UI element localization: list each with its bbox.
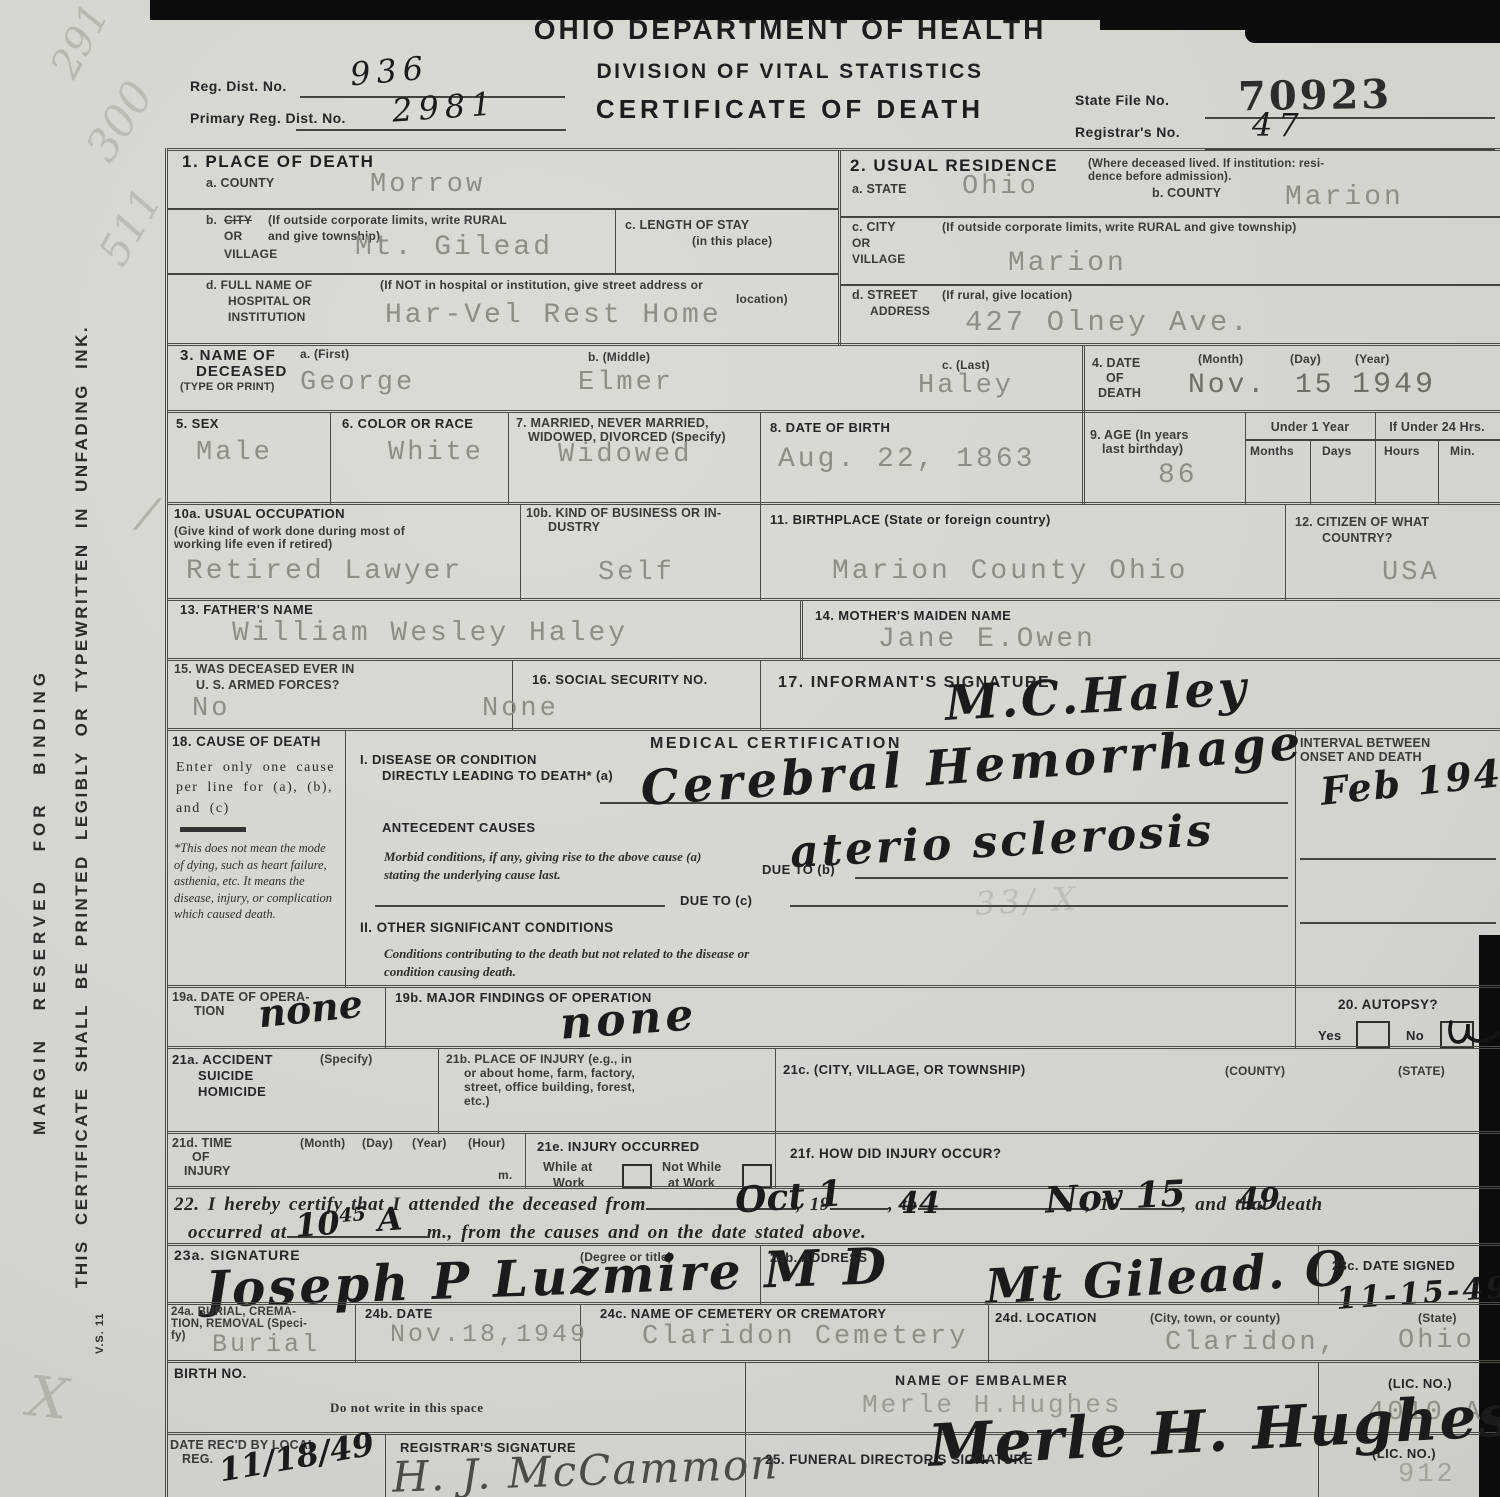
burial-label-3: fy) (171, 1330, 186, 1342)
city-village-label: VILLAGE (224, 247, 277, 261)
date-signed-label: 23c. DATE SIGNED (1332, 1258, 1455, 1273)
business-value: Self (598, 558, 675, 588)
county-value: Morrow (370, 170, 485, 200)
autopsy-label: 20. AUTOPSY? (1338, 997, 1438, 1012)
divider (775, 1049, 776, 1134)
state-file-line (1205, 117, 1495, 119)
residence-county-value: Marion (1285, 182, 1404, 213)
street-label-2: ADDRESS (870, 304, 930, 318)
first-name-label: a. (First) (300, 347, 349, 361)
accident-label-3: HOMICIDE (198, 1084, 266, 1099)
divider (800, 601, 803, 661)
interval-label-1: INTERVAL BETWEEN (1300, 736, 1430, 750)
occupation-note-1: (Give kind of work done during most of (174, 524, 405, 538)
embalmer-label: NAME OF EMBALMER (895, 1372, 1068, 1388)
name-title-1: 3. NAME OF (180, 347, 276, 364)
street-value: 427 Olney Ave. (965, 306, 1251, 339)
injury-county-label: (COUNTY) (1225, 1064, 1285, 1078)
cemetery-label: 24c. NAME OF CEMETERY OR CREMATORY (600, 1306, 886, 1321)
residence-note-2: dence before admission). (1088, 171, 1231, 183)
dod-label-2: OF (1106, 371, 1124, 385)
forces-label-2: U. S. ARMED FORCES? (196, 678, 340, 692)
cause-divider-bar (180, 827, 246, 832)
divider (385, 1435, 386, 1497)
dod-label-3: DEATH (1098, 386, 1141, 400)
divider (1285, 505, 1286, 601)
autopsy-yes-label: Yes (1318, 1028, 1342, 1043)
business-label-2: DUSTRY (548, 520, 600, 534)
age-hours-label: Hours (1384, 444, 1420, 458)
certify-time-hour: 10 (294, 1204, 341, 1245)
county-label: a. COUNTY (206, 176, 274, 190)
burial-location-city: Claridon, (1165, 1328, 1338, 1358)
morbid-note: Morbid conditions, if any, giving rise t… (384, 848, 719, 884)
cause-of-death-label: 18. CAUSE OF DEATH (172, 734, 321, 749)
dob-value: Aug. 22, 1863 (778, 444, 1035, 475)
dod-day-value: 15 (1295, 370, 1335, 401)
citizen-value: USA (1382, 558, 1440, 588)
accident-specify-label: (Specify) (320, 1052, 372, 1066)
name-title-3: (TYPE OR PRINT) (180, 381, 275, 393)
burial-date-label: 24b. DATE (365, 1306, 433, 1321)
injury-time-label-2: OF (192, 1150, 210, 1164)
race-value: White (388, 438, 484, 468)
last-name-value: Haley (918, 371, 1014, 401)
divider (760, 661, 761, 731)
certify-text-1: 22. I hereby certify that I attended the… (174, 1194, 646, 1215)
last-name-label: c. (Last) (942, 358, 990, 372)
burial-location-label: 24d. LOCATION (995, 1310, 1097, 1325)
header-titles: OHIO DEPARTMENT OF HEALTH DIVISION OF VI… (390, 14, 1190, 125)
burial-value: Burial (212, 1330, 320, 1359)
registrar-no-label: Registrar's No. (1075, 124, 1180, 140)
injury-time-label-1: 21d. TIME (172, 1136, 232, 1150)
father-value: William Wesley Haley (232, 618, 628, 649)
operation-findings-value: none (558, 989, 699, 1049)
residence-state-value: Ohio (962, 172, 1039, 202)
due-to-c-line (790, 905, 1288, 907)
mother-label: 14. MOTHER'S MAIDEN NAME (815, 608, 1011, 623)
injury-time-day-label: (Day) (362, 1136, 393, 1150)
age-days-label: Days (1322, 444, 1352, 458)
residence-city-value: Marion (1008, 248, 1127, 279)
certify-year1-value: 44 (898, 1186, 940, 1221)
occupation-label: 10a. USUAL OCCUPATION (174, 506, 345, 521)
injury-place-label-3: street, office building, forest, (464, 1080, 635, 1094)
birthplace-label: 11. BIRTHPLACE (State or foreign country… (770, 512, 1051, 527)
dod-day-label: (Day) (1290, 352, 1321, 366)
divider (1295, 988, 1296, 1049)
occupation-value: Retired Lawyer (186, 556, 463, 587)
burial-state-note: (State) (1418, 1311, 1457, 1325)
citizen-label-2: COUNTRY? (1322, 531, 1393, 545)
divider (525, 1134, 526, 1189)
accident-label-2: SUICIDE (198, 1068, 254, 1083)
forces-label-1: 15. WAS DECEASED EVER IN (174, 662, 355, 676)
primary-reg-line (296, 129, 566, 131)
death-certificate-scan: MARGIN RESERVED FOR BINDING THIS CERTIFI… (0, 0, 1500, 1497)
mother-value: Jane E.Owen (878, 624, 1096, 655)
due-to-b-line (855, 877, 1288, 879)
interval-line-2 (1300, 922, 1496, 924)
injury-time-m-label: m. (498, 1168, 512, 1182)
institution-value: Har-Vel Rest Home (385, 300, 722, 331)
race-label: 6. COLOR OR RACE (342, 416, 473, 431)
age-min-label: Min. (1450, 444, 1475, 458)
certify-text-6: occurred at (188, 1222, 287, 1243)
burial-location-note: (City, town, or county) (1150, 1311, 1280, 1325)
sex-label: 5. SEX (176, 416, 219, 431)
subline (168, 208, 838, 210)
burial-location-state: Ohio (1398, 1326, 1475, 1356)
certify-to-value: Nov 15 (1044, 1172, 1186, 1221)
divider (1310, 441, 1311, 505)
first-name-value: George (300, 368, 415, 398)
interval-line-1 (1300, 858, 1496, 860)
pencil-x-mark: X (25, 1364, 71, 1433)
dob-label: 8. DATE OF BIRTH (770, 420, 890, 435)
street-label-1: d. STREET (852, 288, 918, 302)
divider (508, 413, 509, 505)
due-to-c-label: DUE TO (c) (680, 893, 752, 908)
birthplace-value: Marion County Ohio (832, 556, 1188, 587)
city-value: Mt. Gilead (355, 232, 553, 263)
pencil-number-1: 291 (42, 0, 118, 86)
dod-label-1: 4. DATE (1092, 356, 1140, 370)
name-title-2: DECEASED (196, 363, 287, 380)
row-operation-autopsy (168, 985, 1500, 1046)
injury-place-label-4: etc.) (464, 1094, 490, 1108)
residence-city-note: (If outside corporate limits, write RURA… (942, 220, 1296, 234)
street-note: (If rural, give location) (942, 288, 1072, 302)
scan-top-corner (1245, 0, 1500, 43)
divider (345, 731, 346, 988)
divider (745, 1363, 746, 1435)
primary-reg-label: Primary Reg. Dist. No. (190, 110, 346, 126)
institution-note-2: location) (736, 292, 788, 306)
subline (1245, 439, 1500, 441)
middle-name-value: Elmer (578, 368, 674, 398)
pencil-number-2: 300 (76, 72, 164, 170)
divider (1438, 441, 1439, 505)
ssn-value: None (482, 694, 559, 724)
institution-label-3: INSTITUTION (228, 310, 306, 324)
injury-place-label-1: 21b. PLACE OF INJURY (e.g., in (446, 1052, 632, 1066)
margin-vs-label: V.S. 11 (94, 1313, 106, 1354)
injury-location-label: 21c. (CITY, VILLAGE, OR TOWNSHIP) (783, 1062, 1026, 1077)
pencil-number-3: 511 (89, 180, 172, 274)
length-of-stay-label: c. LENGTH OF STAY (625, 218, 749, 232)
dept-title: OHIO DEPARTMENT OF HEALTH (390, 14, 1190, 46)
dod-month-label: (Month) (1198, 352, 1243, 366)
city-note-1: (If outside corporate limits, write RURA… (268, 213, 507, 227)
certify-time-min: 45 (338, 1202, 366, 1227)
injury-time-month-label: (Month) (300, 1136, 345, 1150)
subline (840, 216, 1500, 218)
city-b-label: b. (206, 213, 217, 227)
under-24-hrs-label: If Under 24 Hrs. (1376, 420, 1498, 434)
marital-value: Widowed (558, 440, 692, 470)
dod-year-label: (Year) (1355, 352, 1390, 366)
residence-city-label: c. CITY (852, 220, 896, 234)
margin-binding-text: MARGIN RESERVED FOR BINDING (30, 668, 50, 1135)
age-value: 86 (1158, 460, 1198, 491)
length-of-stay-note: (in this place) (692, 234, 772, 248)
divider (330, 413, 331, 505)
marital-label-1: 7. MARRIED, NEVER MARRIED, (516, 416, 709, 430)
subline (168, 273, 838, 275)
residence-or-label: OR (852, 236, 870, 250)
date-recd-label-2: REG. (182, 1452, 213, 1466)
certify-year2-value: 49 (1238, 1182, 1280, 1217)
sex-value: Male (196, 438, 273, 468)
injury-time-label-3: INJURY (184, 1164, 231, 1178)
disease-label-2: DIRECTLY LEADING TO DEATH* (a) (382, 768, 613, 783)
address-label: 23b. ADDRESS (770, 1250, 868, 1265)
city-or-label: OR (224, 229, 242, 243)
do-not-write-label: Do not write in this space (330, 1400, 483, 1416)
divider (438, 1049, 439, 1134)
dod-year-value: 1949 (1352, 368, 1436, 402)
institution-note-1: (If NOT in hospital or institution, give… (380, 278, 703, 292)
due-to-c-preline (375, 905, 665, 907)
certify-time-ampm: A (376, 1199, 403, 1239)
birth-no-label: BIRTH NO. (174, 1366, 247, 1381)
city-struck-label: CITY (224, 213, 252, 227)
burial-label-1: 24a. BURIAL, CREMA- (171, 1306, 296, 1318)
business-label-1: 10b. KIND OF BUSINESS OR IN- (526, 506, 721, 520)
middle-name-label: b. (Middle) (588, 350, 650, 364)
other-conditions-label: II. OTHER SIGNIFICANT CONDITIONS (360, 920, 614, 935)
injury-place-label-2: or about home, farm, factory, (464, 1066, 635, 1080)
residence-village-label: VILLAGE (852, 252, 905, 266)
residence-county-label: b. COUNTY (1152, 186, 1221, 200)
funeral-lic-value: 912 (1398, 1460, 1456, 1490)
how-injury-occur-label: 21f. HOW DID INJURY OCCUR? (790, 1146, 1001, 1161)
certify-time-value: 1045 A (294, 1199, 404, 1244)
ssn-label: 16. SOCIAL SECURITY NO. (532, 672, 708, 687)
certify-from-value: Oct 1 (734, 1172, 844, 1221)
state-file-label: State File No. (1075, 92, 1169, 108)
pencil-slash: / (135, 487, 160, 540)
institution-label-1: d. FULL NAME OF (206, 278, 312, 292)
margin-ink-text: THIS CERTIFICATE SHALL BE PRINTED LEGIBL… (72, 325, 92, 1288)
cause-enter-note: Enter only one cause per line for (a), (… (176, 758, 336, 819)
divider (615, 210, 616, 274)
forces-value: No (192, 694, 230, 724)
reg-dist-value: 936 (348, 49, 430, 94)
subline (840, 284, 1500, 286)
age-label-2: last birthday) (1102, 442, 1183, 456)
residence-note-1: (Where deceased lived. If institution: r… (1088, 158, 1324, 170)
father-label: 13. FATHER'S NAME (180, 602, 313, 617)
autopsy-yes-checkbox (1356, 1021, 1390, 1049)
registrar-no-value: 47 (1252, 106, 1305, 144)
injury-time-hour-label: (Hour) (468, 1136, 505, 1150)
divider (355, 1305, 356, 1363)
division-title: DIVISION OF VITAL STATISTICS (390, 60, 1190, 84)
cause-footnote: *This does not mean the mode of dying, s… (174, 840, 338, 923)
residence-state-label: a. STATE (852, 182, 907, 196)
while-at-label: While at (543, 1160, 593, 1174)
divider (838, 151, 841, 346)
divider (760, 505, 761, 601)
divider (1082, 413, 1085, 505)
not-while-label: Not While (662, 1160, 721, 1174)
divider (520, 505, 521, 601)
institution-label-2: HOSPITAL OR (228, 294, 311, 308)
divider (988, 1305, 989, 1363)
place-of-death-title: 1. PLACE OF DEATH (182, 152, 374, 172)
burial-label-2: TION, REMOVAL (Speci- (171, 1318, 307, 1330)
reg-dist-label: Reg. Dist. No. (190, 78, 287, 94)
divider (1082, 346, 1085, 413)
autopsy-no-label: No (1406, 1028, 1424, 1043)
injury-occurred-label: 21e. INJURY OCCURRED (537, 1139, 700, 1154)
injury-state-label: (STATE) (1398, 1064, 1445, 1078)
burial-date-value: Nov.18,1949 (390, 1320, 588, 1349)
disease-label-1: I. DISEASE OR CONDITION (360, 752, 537, 767)
dod-month-value: Nov. (1188, 370, 1267, 401)
citizen-label-1: 12. CITIZEN OF WHAT (1295, 515, 1429, 529)
operation-date-label-2: TION (194, 1004, 225, 1018)
cert-title: CERTIFICATE OF DEATH (390, 94, 1190, 125)
other-conditions-note: Conditions contributing to the death but… (384, 945, 794, 980)
under-1-year-label: Under 1 Year (1245, 420, 1375, 434)
age-label-1: 9. AGE (In years (1090, 428, 1189, 442)
primary-reg-value: 2981 (391, 84, 499, 129)
age-months-label: Months (1250, 444, 1294, 458)
injury-time-year-label: (Year) (412, 1136, 447, 1150)
divider (385, 988, 386, 1049)
occupation-note-2: working life even if retired) (174, 537, 333, 551)
divider (760, 413, 761, 505)
antecedent-label: ANTECEDENT CAUSES (382, 820, 535, 835)
cemetery-value: Claridon Cemetery (642, 1322, 968, 1352)
accident-label-1: 21a. ACCIDENT (172, 1052, 273, 1067)
